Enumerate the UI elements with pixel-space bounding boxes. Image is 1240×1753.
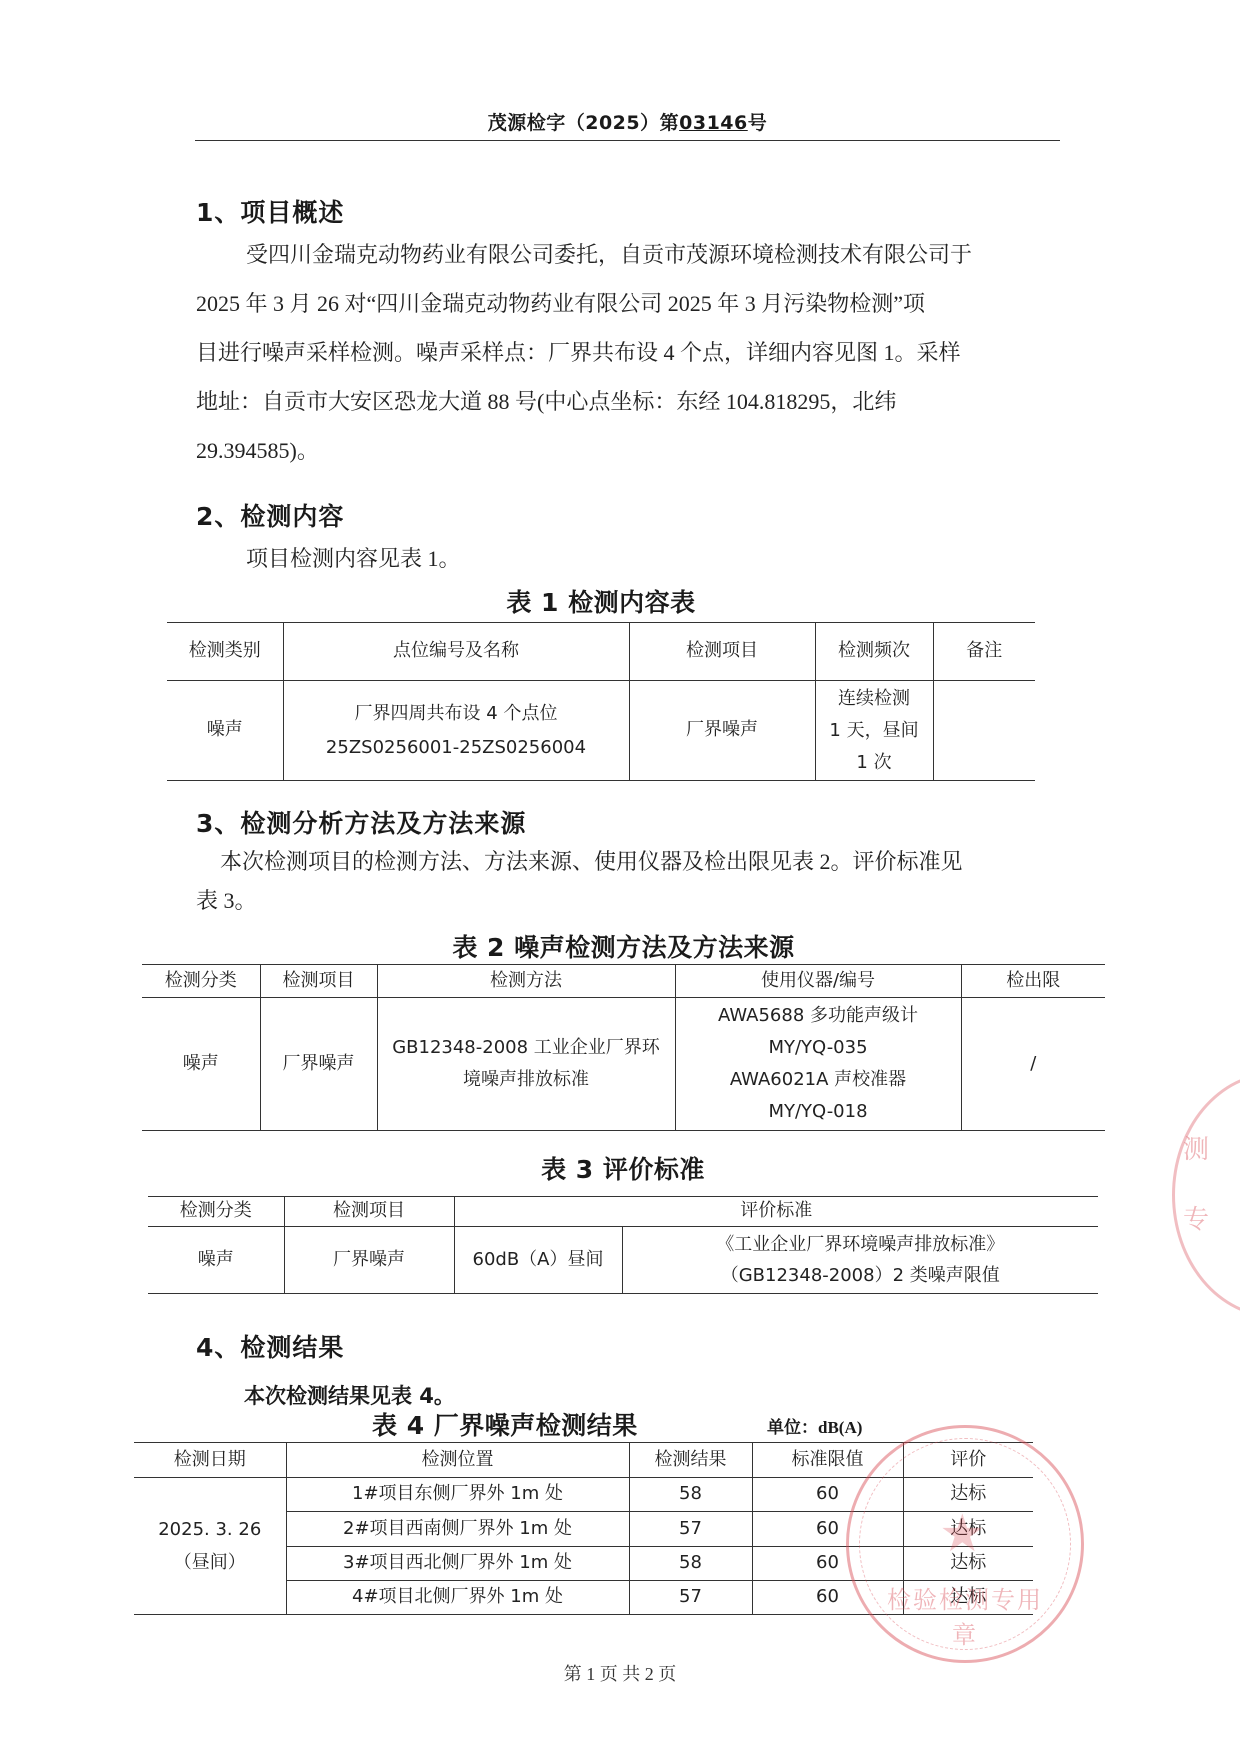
section-3-line-1: 本次检测项目的检测方法、方法来源、使用仪器及检出限见表 2。评价标准见 bbox=[220, 843, 963, 881]
table-row: 2025. 3. 26 （昼间） 1#项目东侧厂界外 1m 处 58 60 达标 bbox=[134, 1478, 1033, 1512]
table-header-cell: 检测项目 bbox=[260, 965, 377, 998]
frequency-line: 1 天，昼间 bbox=[816, 715, 933, 747]
section-1-paragraph: 受四川金瑞克动物药业有限公司委托，自贡市茂源环境检测技术有限公司于 2025 年… bbox=[196, 230, 1058, 475]
table-header-cell: 检测方法 bbox=[377, 965, 675, 998]
point-codes: 25ZS0256001-25ZS0256004 bbox=[284, 731, 629, 765]
table-row: 噪声 厂界四周共布设 4 个点位 25ZS0256001-25ZS0256004… bbox=[167, 681, 1035, 781]
section-3-title: 3、检测分析方法及方法来源 bbox=[196, 804, 526, 840]
limit-cell: 60dB（A）昼间 bbox=[454, 1227, 622, 1294]
header-divider bbox=[195, 140, 1060, 141]
evaluation-cell: 达标 bbox=[903, 1547, 1033, 1581]
paragraph-line: 目进行噪声采样检测。噪声采样点：厂界共布设 4 个点，详细内容见图 1。采样 bbox=[196, 328, 1058, 377]
instrument-line: AWA6021A 声校准器 bbox=[676, 1064, 961, 1096]
table-header-cell: 标准限值 bbox=[752, 1443, 903, 1478]
paragraph-line: 29.394585)。 bbox=[196, 426, 1058, 475]
remark-cell bbox=[933, 681, 1035, 781]
limit-cell: 60 bbox=[752, 1547, 903, 1581]
table-header-cell: 备注 bbox=[933, 623, 1035, 681]
table-header-cell: 检测位置 bbox=[286, 1443, 629, 1478]
table-header-cell: 评价 bbox=[903, 1443, 1033, 1478]
table-header-row: 检测分类 检测项目 评价标准 bbox=[148, 1197, 1098, 1227]
table-header-cell: 评价标准 bbox=[454, 1197, 1098, 1227]
table-4-caption: 表 4 厂界噪声检测结果 bbox=[372, 1406, 638, 1442]
report-number: 03146 bbox=[679, 112, 748, 134]
category-cell: 噪声 bbox=[148, 1227, 284, 1294]
table-1-caption: 表 1 检测内容表 bbox=[167, 583, 1035, 619]
point-description: 厂界四周共布设 4 个点位 bbox=[284, 697, 629, 731]
table-header-cell: 点位编号及名称 bbox=[283, 623, 629, 681]
method-line: 境噪声排放标准 bbox=[378, 1064, 675, 1096]
limit-cell: 60 bbox=[752, 1512, 903, 1547]
item-cell: 厂界噪声 bbox=[284, 1227, 454, 1294]
table-header-cell: 检测结果 bbox=[629, 1443, 752, 1478]
report-number-header: 茂源检字（2025）第03146号 bbox=[195, 108, 1060, 135]
seam-stamp-char: 测 bbox=[1183, 1115, 1223, 1185]
result-cell: 58 bbox=[629, 1547, 752, 1581]
seam-stamp-text: 测 专 bbox=[1183, 1115, 1223, 1255]
category-cell: 噪声 bbox=[142, 998, 260, 1131]
point-cell: 厂界四周共布设 4 个点位 25ZS0256001-25ZS0256004 bbox=[283, 681, 629, 781]
result-cell: 57 bbox=[629, 1581, 752, 1615]
table-header-row: 检测分类 检测项目 检测方法 使用仪器/编号 检出限 bbox=[142, 965, 1105, 998]
result-cell: 57 bbox=[629, 1512, 752, 1547]
category-cell: 噪声 bbox=[167, 681, 283, 781]
table-header-cell: 检测项目 bbox=[284, 1197, 454, 1227]
table-header-row: 检测日期 检测位置 检测结果 标准限值 评价 bbox=[134, 1443, 1033, 1478]
method-line: GB12348-2008 工业企业厂界环 bbox=[378, 1032, 675, 1064]
table-header-cell: 使用仪器/编号 bbox=[675, 965, 961, 998]
table-4-unit: 单位：dB(A) bbox=[767, 1413, 862, 1438]
instrument-line: AWA5688 多功能声级计 bbox=[676, 1000, 961, 1032]
section-1-title: 1、项目概述 bbox=[196, 193, 344, 229]
frequency-line: 连续检测 bbox=[816, 683, 933, 715]
date-cell: 2025. 3. 26 （昼间） bbox=[134, 1478, 286, 1615]
evaluation-cell: 达标 bbox=[903, 1478, 1033, 1512]
table-1-detection-content: 检测类别 点位编号及名称 检测项目 检测频次 备注 噪声 厂界四周共布设 4 个… bbox=[167, 622, 1035, 781]
method-cell: GB12348-2008 工业企业厂界环 境噪声排放标准 bbox=[377, 998, 675, 1131]
table-header-cell: 检测分类 bbox=[142, 965, 260, 998]
report-number-prefix: 茂源检字（2025）第 bbox=[488, 112, 679, 134]
instrument-line: MY/YQ-018 bbox=[676, 1096, 961, 1128]
table-row: 噪声 厂界噪声 GB12348-2008 工业企业厂界环 境噪声排放标准 AWA… bbox=[142, 998, 1105, 1131]
table-header-row: 检测类别 点位编号及名称 检测项目 检测频次 备注 bbox=[167, 623, 1035, 681]
table-header-cell: 检测日期 bbox=[134, 1443, 286, 1478]
instrument-cell: AWA5688 多功能声级计 MY/YQ-035 AWA6021A 声校准器 M… bbox=[675, 998, 961, 1131]
item-cell: 厂界噪声 bbox=[629, 681, 815, 781]
section-2-intro: 项目检测内容见表 1。 bbox=[246, 534, 461, 583]
result-cell: 58 bbox=[629, 1478, 752, 1512]
evaluation-cell: 达标 bbox=[903, 1512, 1033, 1547]
limit-cell: 60 bbox=[752, 1478, 903, 1512]
standard-cell: 《工业企业厂界环境噪声排放标准》 （GB12348-2008）2 类噪声限值 bbox=[622, 1227, 1098, 1294]
item-cell: 厂界噪声 bbox=[260, 998, 377, 1131]
table-header-cell: 检测频次 bbox=[815, 623, 933, 681]
table-3-caption: 表 3 评价标准 bbox=[148, 1150, 1098, 1186]
evaluation-cell: 达标 bbox=[903, 1581, 1033, 1615]
table-header-cell: 检出限 bbox=[961, 965, 1105, 998]
table-header-cell: 检测项目 bbox=[629, 623, 815, 681]
paragraph-line: 2025 年 3 月 26 对“四川金瑞克动物药业有限公司 2025 年 3 月… bbox=[196, 279, 1058, 328]
standard-line: 《工业企业厂界环境噪声排放标准》 bbox=[623, 1229, 1099, 1260]
date-period: （昼间） bbox=[134, 1546, 286, 1579]
page-seam-stamp: 测 专 bbox=[1172, 1072, 1240, 1318]
frequency-cell: 连续检测 1 天，昼间 1 次 bbox=[815, 681, 933, 781]
location-cell: 3#项目西北侧厂界外 1m 处 bbox=[286, 1547, 629, 1581]
frequency-line: 1 次 bbox=[816, 747, 933, 779]
paragraph-line: 受四川金瑞克动物药业有限公司委托，自贡市茂源环境检测技术有限公司于 bbox=[196, 230, 1058, 279]
location-cell: 4#项目北侧厂界外 1m 处 bbox=[286, 1581, 629, 1615]
standard-line: （GB12348-2008）2 类噪声限值 bbox=[623, 1260, 1099, 1291]
table-4-noise-results: 检测日期 检测位置 检测结果 标准限值 评价 2025. 3. 26 （昼间） … bbox=[134, 1442, 1033, 1615]
table-header-cell: 检测类别 bbox=[167, 623, 283, 681]
section-2-title: 2、检测内容 bbox=[196, 497, 344, 533]
section-4-title: 4、检测结果 bbox=[196, 1328, 344, 1364]
date-value: 2025. 3. 26 bbox=[134, 1513, 286, 1546]
report-number-suffix: 号 bbox=[748, 112, 768, 134]
limit-cell: 60 bbox=[752, 1581, 903, 1615]
table-2-caption: 表 2 噪声检测方法及方法来源 bbox=[142, 928, 1105, 964]
table-row: 噪声 厂界噪声 60dB（A）昼间 《工业企业厂界环境噪声排放标准》 （GB12… bbox=[148, 1227, 1098, 1294]
instrument-line: MY/YQ-035 bbox=[676, 1032, 961, 1064]
page-number-footer: 第 1 页 共 2 页 bbox=[0, 1660, 1240, 1686]
table-3-evaluation-standard: 检测分类 检测项目 评价标准 噪声 厂界噪声 60dB（A）昼间 《工业企业厂界… bbox=[148, 1196, 1098, 1294]
seam-stamp-char: 专 bbox=[1183, 1185, 1223, 1255]
section-3-line-2: 表 3。 bbox=[196, 882, 257, 920]
paragraph-line: 地址：自贡市大安区恐龙大道 88 号(中心点坐标：东经 104.818295，北… bbox=[196, 377, 1058, 426]
location-cell: 2#项目西南侧厂界外 1m 处 bbox=[286, 1512, 629, 1547]
detection-limit-cell: / bbox=[961, 998, 1105, 1131]
table-header-cell: 检测分类 bbox=[148, 1197, 284, 1227]
location-cell: 1#项目东侧厂界外 1m 处 bbox=[286, 1478, 629, 1512]
table-2-methods: 检测分类 检测项目 检测方法 使用仪器/编号 检出限 噪声 厂界噪声 GB123… bbox=[142, 964, 1105, 1131]
